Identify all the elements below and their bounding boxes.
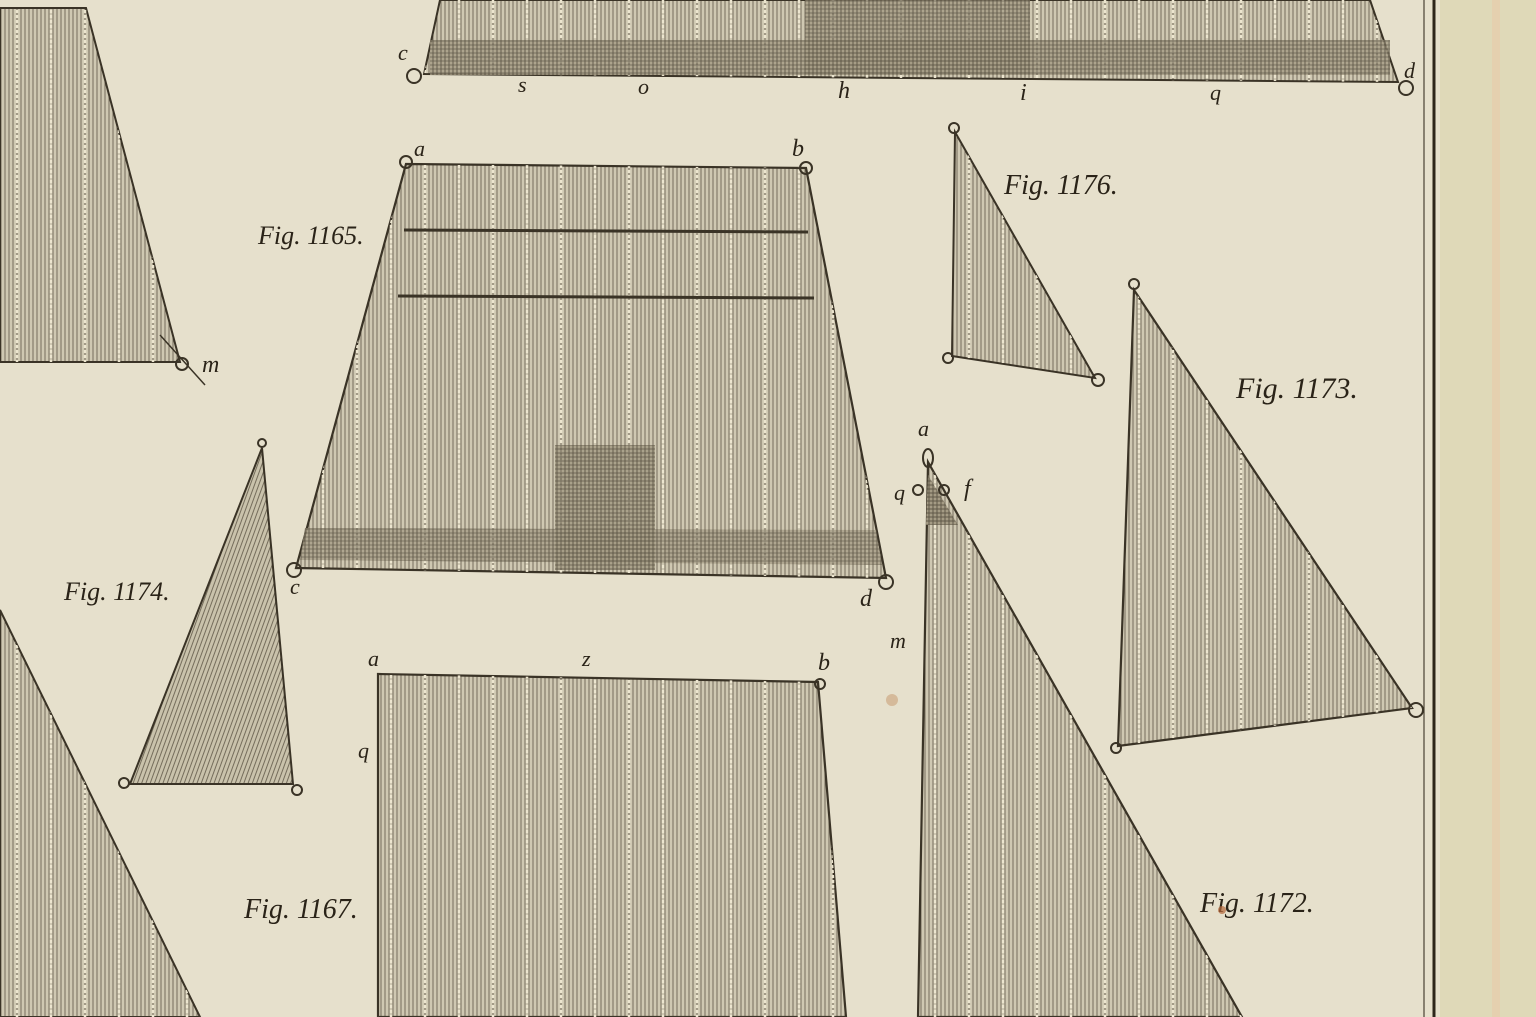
label-q-1167: q [358,738,369,763]
label-h: h [838,78,850,104]
caption-fig-1165: Fig. 1165. [257,221,364,250]
label-a-1167: a [368,646,379,671]
label-a-1172: a [918,416,929,441]
label-d-top: d [1404,58,1416,83]
label-s: s [518,72,527,97]
label-o: o [638,74,649,99]
label-m-1172: m [890,628,906,653]
caption-fig-1174: Fig. 1174. [63,577,170,606]
caption-fig-1172: Fig. 1172. [1199,888,1314,919]
fig-1167-sail [378,674,846,1017]
caption-fig-1176: Fig. 1176. [1003,170,1118,201]
label-c-top: c [398,40,408,65]
plate-artwork: c s o h i q d m a b c d Fig. 1165. Fig. … [0,0,1536,1017]
label-b-1165: b [792,136,804,162]
engraving-plate: c s o h i q d m a b c d Fig. 1165. Fig. … [0,0,1536,1017]
label-c-1165: c [290,574,300,599]
label-a-1165: a [414,136,425,161]
label-q-1172: q [894,480,905,505]
label-z: z [581,646,591,671]
label-d-1165: d [860,586,873,612]
caption-fig-1167: Fig. 1167. [243,894,358,925]
label-q-top: q [1210,80,1221,105]
margin [1440,0,1536,1017]
label-m-left: m [202,352,219,378]
caption-fig-1173: Fig. 1173. [1235,372,1358,405]
label-i: i [1020,80,1027,106]
label-b-1167: b [818,650,830,676]
